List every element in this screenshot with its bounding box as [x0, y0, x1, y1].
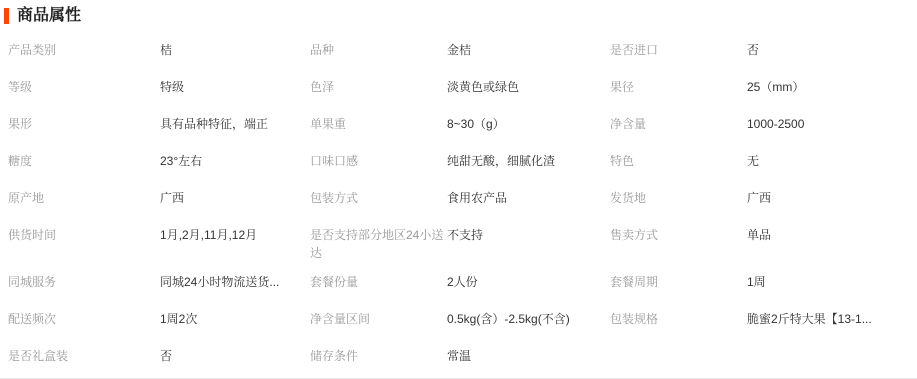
attribute-value: 广西 [160, 189, 302, 207]
attribute-cell: 原产地广西 [0, 189, 302, 207]
attribute-label: 净含量 [602, 115, 747, 133]
attribute-label: 果形 [0, 115, 160, 133]
attribute-value: 1周2次 [160, 310, 302, 328]
attribute-cell: 包装方式食用农产品 [302, 189, 602, 207]
attribute-label: 售卖方式 [602, 226, 747, 244]
attribute-value: 纯甜无酸，细腻化渣 [447, 152, 602, 170]
attribute-label: 同城服务 [0, 273, 160, 291]
attribute-label: 配送频次 [0, 310, 160, 328]
attribute-cell: 果径25（mm） [602, 78, 917, 96]
attribute-label: 色泽 [302, 78, 447, 96]
attribute-cell: 配送频次1周2次 [0, 310, 302, 328]
attribute-value: 无 [747, 152, 917, 170]
attribute-cell: 净含量区间0.5kg(含）-2.5kg(不含) [302, 310, 602, 328]
attribute-value: 具有品种特征，端正 [160, 115, 302, 133]
attribute-label: 净含量区间 [302, 310, 447, 328]
attribute-label: 套餐周期 [602, 273, 747, 291]
attribute-value: 否 [747, 41, 917, 59]
attribute-label: 是否进口 [602, 41, 747, 59]
attribute-cell: 是否礼盒装否 [0, 347, 302, 365]
attribute-value: 同城24小时物流送货... [160, 273, 302, 291]
attribute-cell: 糖度23°左右 [0, 152, 302, 170]
attribute-value: 25（mm） [747, 78, 917, 96]
attribute-cell: 是否进口否 [602, 41, 917, 59]
attribute-label: 果径 [602, 78, 747, 96]
attribute-value: 金桔 [447, 41, 602, 59]
attribute-label: 品种 [302, 41, 447, 59]
attribute-cell: 套餐周期1周 [602, 273, 917, 291]
attribute-cell: 等级特级 [0, 78, 302, 96]
section-header: 商品属性 [0, 0, 917, 30]
attribute-label: 是否支持部分地区24小送达 [302, 226, 447, 262]
attribute-row: 果形具有品种特征，端正单果重8~30（g）净含量1000-2500 [0, 104, 917, 141]
attribute-cell: 储存条件常温 [302, 347, 602, 365]
accent-bar-icon [4, 8, 9, 24]
attribute-label: 口味口感 [302, 152, 447, 170]
attribute-value: 1月,2月,11月,12月 [160, 226, 302, 244]
attribute-row: 糖度23°左右口味口感纯甜无酸，细腻化渣特色无 [0, 141, 917, 178]
attribute-value: 不支持 [447, 226, 602, 244]
attribute-cell: 果形具有品种特征，端正 [0, 115, 302, 133]
attributes-table: 产品类别桔品种金桔是否进口否等级特级色泽淡黄色或绿色果径25（mm）果形具有品种… [0, 30, 917, 373]
product-attributes-panel: 商品属性 产品类别桔品种金桔是否进口否等级特级色泽淡黄色或绿色果径25（mm）果… [0, 0, 917, 379]
attribute-cell: 包装规格脆蜜2斤特大果【13-1... [602, 310, 917, 328]
attribute-value: 1000-2500 [747, 115, 917, 133]
attribute-cell: 售卖方式单品 [602, 226, 917, 244]
attribute-label: 单果重 [302, 115, 447, 133]
attribute-value: 广西 [747, 189, 917, 207]
attribute-label: 是否礼盒装 [0, 347, 160, 365]
attribute-value: 8~30（g） [447, 115, 602, 133]
attribute-cell: 同城服务同城24小时物流送货... [0, 273, 302, 291]
attribute-label: 供货时间 [0, 226, 160, 244]
attribute-value: 1周 [747, 273, 917, 291]
attribute-cell: 产品类别桔 [0, 41, 302, 59]
attribute-row: 配送频次1周2次净含量区间0.5kg(含）-2.5kg(不含)包装规格脆蜜2斤特… [0, 299, 917, 336]
attribute-row: 同城服务同城24小时物流送货...套餐份量2人份套餐周期1周 [0, 262, 917, 299]
attribute-label: 发货地 [602, 189, 747, 207]
attribute-cell: 单果重8~30（g） [302, 115, 602, 133]
attribute-value: 淡黄色或绿色 [447, 78, 602, 96]
attribute-value: 常温 [447, 347, 602, 365]
attribute-row: 等级特级色泽淡黄色或绿色果径25（mm） [0, 67, 917, 104]
attribute-value: 2人份 [447, 273, 602, 291]
attribute-cell: 发货地广西 [602, 189, 917, 207]
attribute-label: 原产地 [0, 189, 160, 207]
attribute-label: 产品类别 [0, 41, 160, 59]
attribute-value: 脆蜜2斤特大果【13-1... [747, 310, 917, 328]
attribute-cell: 净含量1000-2500 [602, 115, 917, 133]
attribute-label: 包装方式 [302, 189, 447, 207]
attribute-cell: 口味口感纯甜无酸，细腻化渣 [302, 152, 602, 170]
attribute-cell: 是否支持部分地区24小送达不支持 [302, 226, 602, 262]
attribute-value: 单品 [747, 226, 917, 244]
attribute-label: 套餐份量 [302, 273, 447, 291]
attribute-label: 包装规格 [602, 310, 747, 328]
attribute-value: 桔 [160, 41, 302, 59]
attribute-row: 产品类别桔品种金桔是否进口否 [0, 30, 917, 67]
attribute-cell: 品种金桔 [302, 41, 602, 59]
attribute-cell: 供货时间1月,2月,11月,12月 [0, 226, 302, 244]
attribute-value: 食用农产品 [447, 189, 602, 207]
attribute-cell: 色泽淡黄色或绿色 [302, 78, 602, 96]
attribute-label: 等级 [0, 78, 160, 96]
attribute-row: 供货时间1月,2月,11月,12月是否支持部分地区24小送达不支持售卖方式单品 [0, 215, 917, 262]
attribute-label: 储存条件 [302, 347, 447, 365]
attribute-label: 特色 [602, 152, 747, 170]
attribute-row: 是否礼盒装否储存条件常温 [0, 336, 917, 373]
section-title: 商品属性 [17, 7, 81, 24]
attribute-value: 特级 [160, 78, 302, 96]
attribute-value: 0.5kg(含）-2.5kg(不含) [447, 310, 602, 328]
attribute-row: 原产地广西包装方式食用农产品发货地广西 [0, 178, 917, 215]
attribute-label: 糖度 [0, 152, 160, 170]
attribute-cell: 套餐份量2人份 [302, 273, 602, 291]
attribute-value: 否 [160, 347, 302, 365]
attribute-cell: 特色无 [602, 152, 917, 170]
attribute-value: 23°左右 [160, 152, 302, 170]
